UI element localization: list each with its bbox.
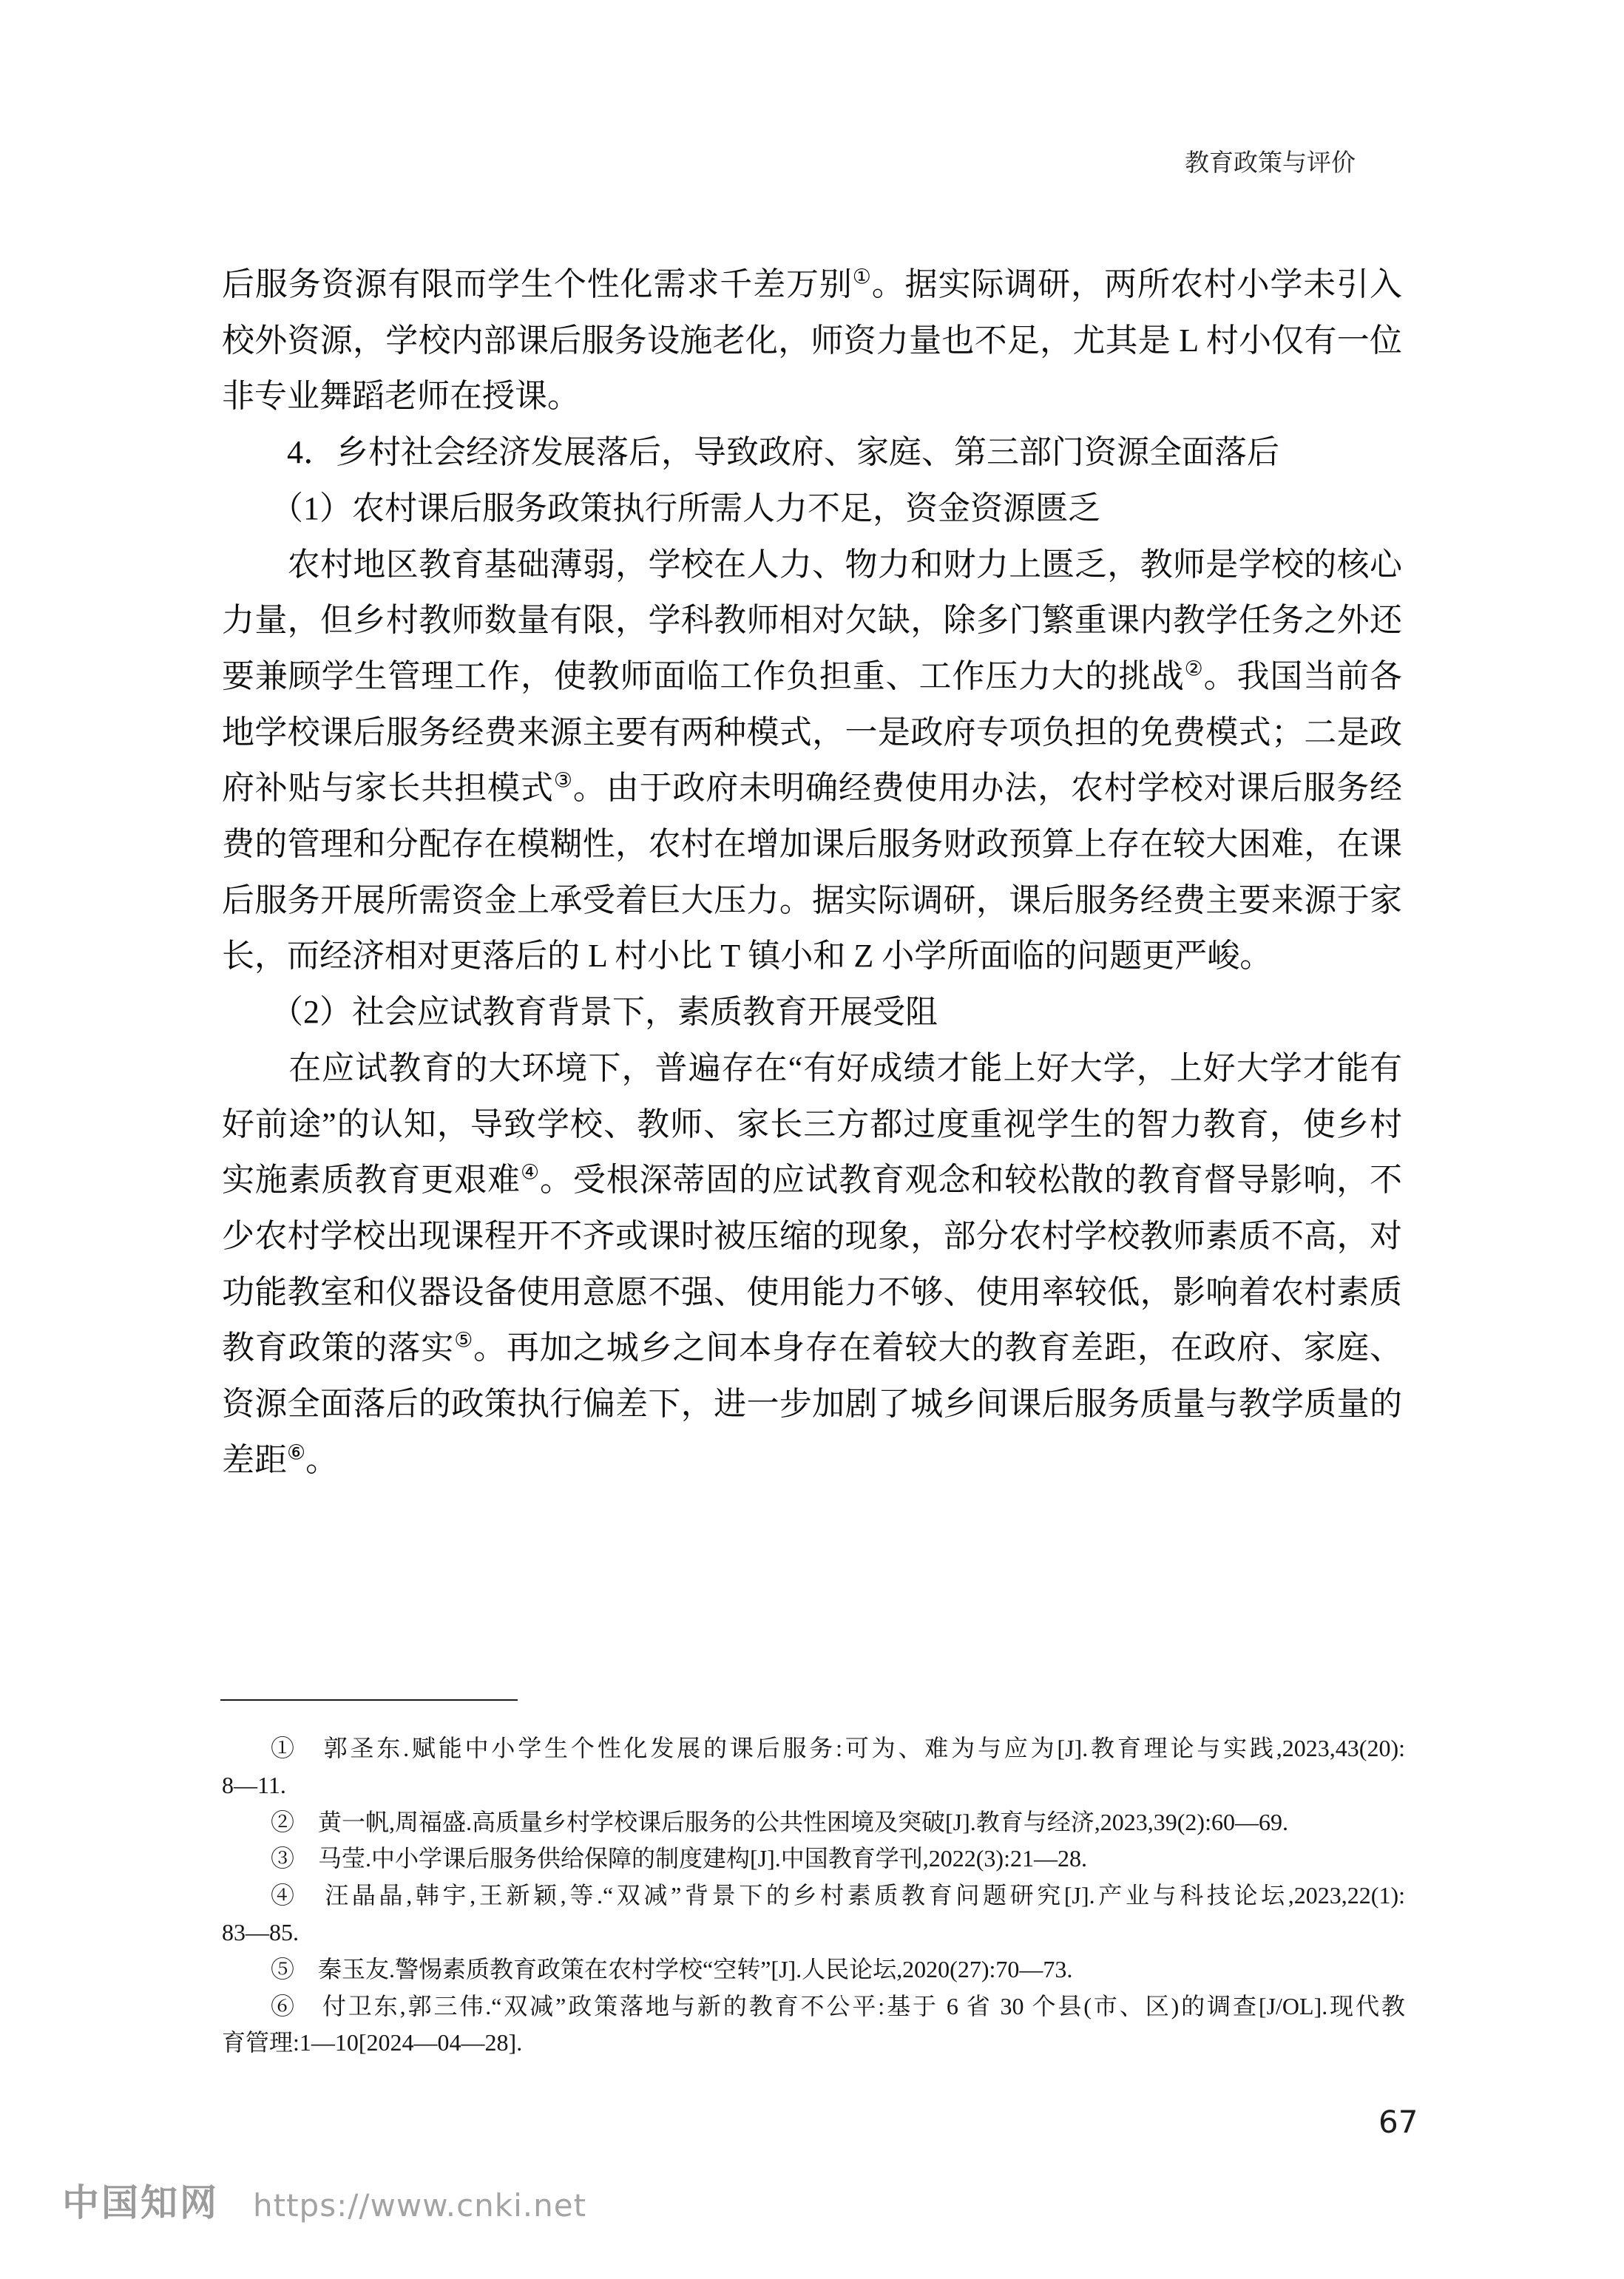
body-line: 校外资源，学校内部课后服务设施老化，师资力量也不足，尤其是 L 村小仅有一位: [222, 313, 1402, 369]
body-line: 府补贴与家长共担模式③。由于政府未明确经费使用办法，农村学校对课后服务经: [222, 760, 1402, 816]
body-line: 地学校课后服务经费来源主要有两种模式，一是政府专项负担的免费模式；二是政: [222, 705, 1402, 761]
footnote-line-continuation: 83—85.: [222, 1914, 1405, 1951]
footnote-line-start: ④ 汪晶晶,韩宇,王新颖,等.“双减”背景下的乡村素质教育问题研究[J].产业与…: [222, 1877, 1405, 1914]
body-line: 教育政策的落实⑤。再加之城乡之间本身存在着较大的教育差距，在政府、家庭、: [222, 1320, 1402, 1376]
footnote-ref: ⑤: [454, 1330, 473, 1352]
footnote-ref: ⑥: [287, 1441, 305, 1464]
footnote-divider: [220, 1699, 518, 1701]
body-line: 长，而经济相对更落后的 L 村小比 T 镇小和 Z 小学所面临的问题更严峻。: [222, 928, 1402, 984]
body-line: 后服务开展所需资金上承受着巨大压力。据实际调研，课后服务经费主要来源于家: [222, 873, 1402, 929]
footnote-line-continuation: 8—11.: [222, 1767, 1405, 1804]
footnote-ref: ③: [554, 770, 573, 793]
body-line: 农村地区教育基础薄弱，学校在人力、物力和财力上匮乏，教师是学校的核心: [222, 537, 1402, 593]
body-line: 要兼顾学生管理工作，使教师面临工作负担重、工作压力大的挑战②。我国当前各: [222, 649, 1402, 705]
body-line: 资源全面落后的政策执行偏差下，进一步加剧了城乡间课后服务质量与教学质量的: [222, 1376, 1402, 1432]
body-line: 非专业舞蹈老师在授课。: [222, 368, 1402, 424]
footnote-line-start: ⑤ 秦玉友.警惕素质教育政策在农村学校“空转”[J].人民论坛,2020(27)…: [222, 1951, 1405, 1988]
body-line: （1）农村课后服务政策执行所需人力不足，资金资源匮乏: [222, 481, 1402, 537]
footnote-line-start: ② 黄一帆,周福盛.高质量乡村学校课后服务的公共性困境及突破[J].教育与经济,…: [222, 1804, 1405, 1841]
body-line: （2）社会应试教育背景下，素质教育开展受阻: [222, 984, 1402, 1040]
cnki-logo-text: 中国知网: [62, 2184, 219, 2221]
body-line: 少农村学校出现课程开不齐或课时被压缩的现象，部分农村学校教师素质不高，对: [222, 1208, 1402, 1264]
article-body: 后服务资源有限而学生个性化需求千差万别①。据实际调研，两所农村小学未引入校外资源…: [222, 257, 1402, 1488]
footnote-ref: ④: [521, 1162, 540, 1185]
page-number: 67: [1378, 2107, 1418, 2138]
cnki-url: https://www.cnki.net: [253, 2190, 586, 2221]
page: 教育政策与评价 后服务资源有限而学生个性化需求千差万别①。据实际调研，两所农村小…: [0, 0, 1624, 2279]
body-line: 差距⑥。: [222, 1432, 1402, 1489]
footnote-line-start: ③ 马莹.中小学课后服务供给保障的制度建构[J].中国教育学刊,2022(3):…: [222, 1841, 1405, 1877]
body-line: 好前途”的认知，导致学校、教师、家长三方都过度重视学生的智力教育，使乡村: [222, 1097, 1402, 1153]
body-line: 后服务资源有限而学生个性化需求千差万别①。据实际调研，两所农村小学未引入: [222, 257, 1402, 313]
footnotes: ① 郭圣东.赋能中小学生个性化发展的课后服务:可为、难为与应为[J].教育理论与…: [222, 1730, 1405, 2062]
body-line: 实施素质教育更艰难④。受根深蒂固的应试教育观念和较松散的教育督导影响，不: [222, 1152, 1402, 1208]
body-line: 费的管理和分配存在模糊性，农村在增加课后服务财政预算上存在较大困难，在课: [222, 816, 1402, 873]
footnote-ref: ②: [1185, 657, 1204, 680]
body-line: 在应试教育的大环境下，普遍存在“有好成绩才能上好大学，上好大学才能有: [222, 1040, 1402, 1097]
footnote-line-start: ⑥ 付卫东,郭三伟.“双减”政策落地与新的教育不公平:基于 6 省 30 个县(…: [222, 1988, 1405, 2025]
body-line: 功能教室和仪器设备使用意愿不强、使用能力不够、使用率较低，影响着农村素质: [222, 1264, 1402, 1321]
footnote-line-continuation: 育管理:1—10[2024—04—28].: [222, 2025, 1405, 2062]
body-line: 4．乡村社会经济发展落后，导致政府、家庭、第三部门资源全面落后: [222, 424, 1402, 481]
footnote-line-start: ① 郭圣东.赋能中小学生个性化发展的课后服务:可为、难为与应为[J].教育理论与…: [222, 1730, 1405, 1767]
footnote-ref: ①: [853, 265, 872, 288]
running-header: 教育政策与评价: [1185, 152, 1356, 176]
body-line: 力量，但乡村教师数量有限，学科教师相对欠缺，除多门繁重课内教学任务之外还: [222, 592, 1402, 649]
